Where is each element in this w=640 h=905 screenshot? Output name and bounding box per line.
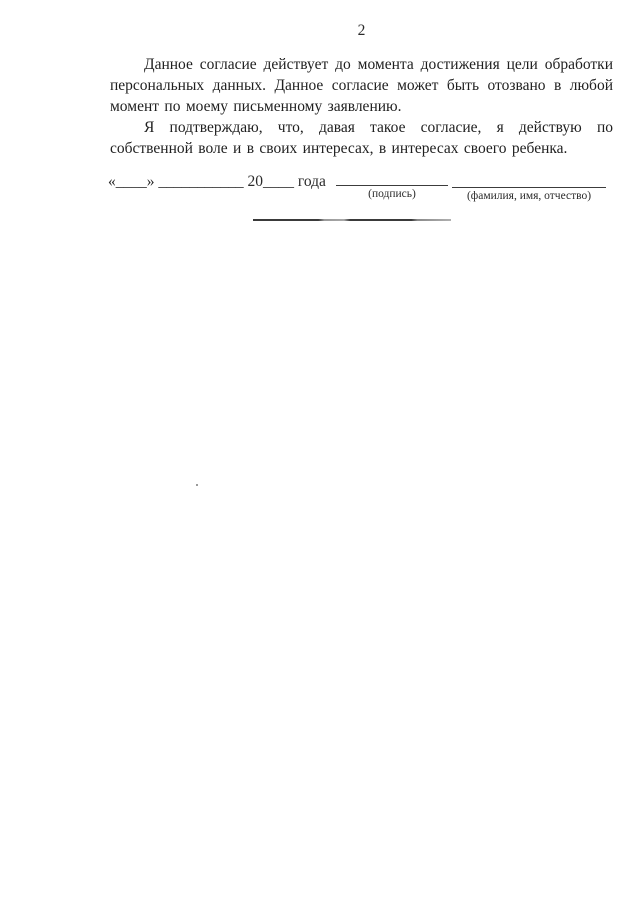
signature-label: (подпись) <box>336 187 448 201</box>
page-number: 2 <box>110 21 613 40</box>
fullname-rule-line <box>452 187 606 188</box>
signature-rule-line <box>336 185 448 186</box>
fullname-label: (фамилия, имя, отчество) <box>452 189 606 203</box>
paragraph-confirmation: Я подтверждаю, что, давая такое согласие… <box>110 117 613 159</box>
document-body: Данное согласие действует до момента дос… <box>110 54 613 159</box>
scan-artifact-speck <box>196 484 198 486</box>
paragraph-consent-validity: Данное согласие действует до момента дос… <box>110 54 613 117</box>
extra-blank-rule-line <box>253 219 451 221</box>
date-blank-line: «____» ___________ 20____ года <box>108 171 326 192</box>
signature-field: (подпись) <box>336 185 448 201</box>
fullname-field: (фамилия, имя, отчество) <box>452 187 606 203</box>
document-page: 2 Данное согласие действует до момента д… <box>0 0 640 905</box>
